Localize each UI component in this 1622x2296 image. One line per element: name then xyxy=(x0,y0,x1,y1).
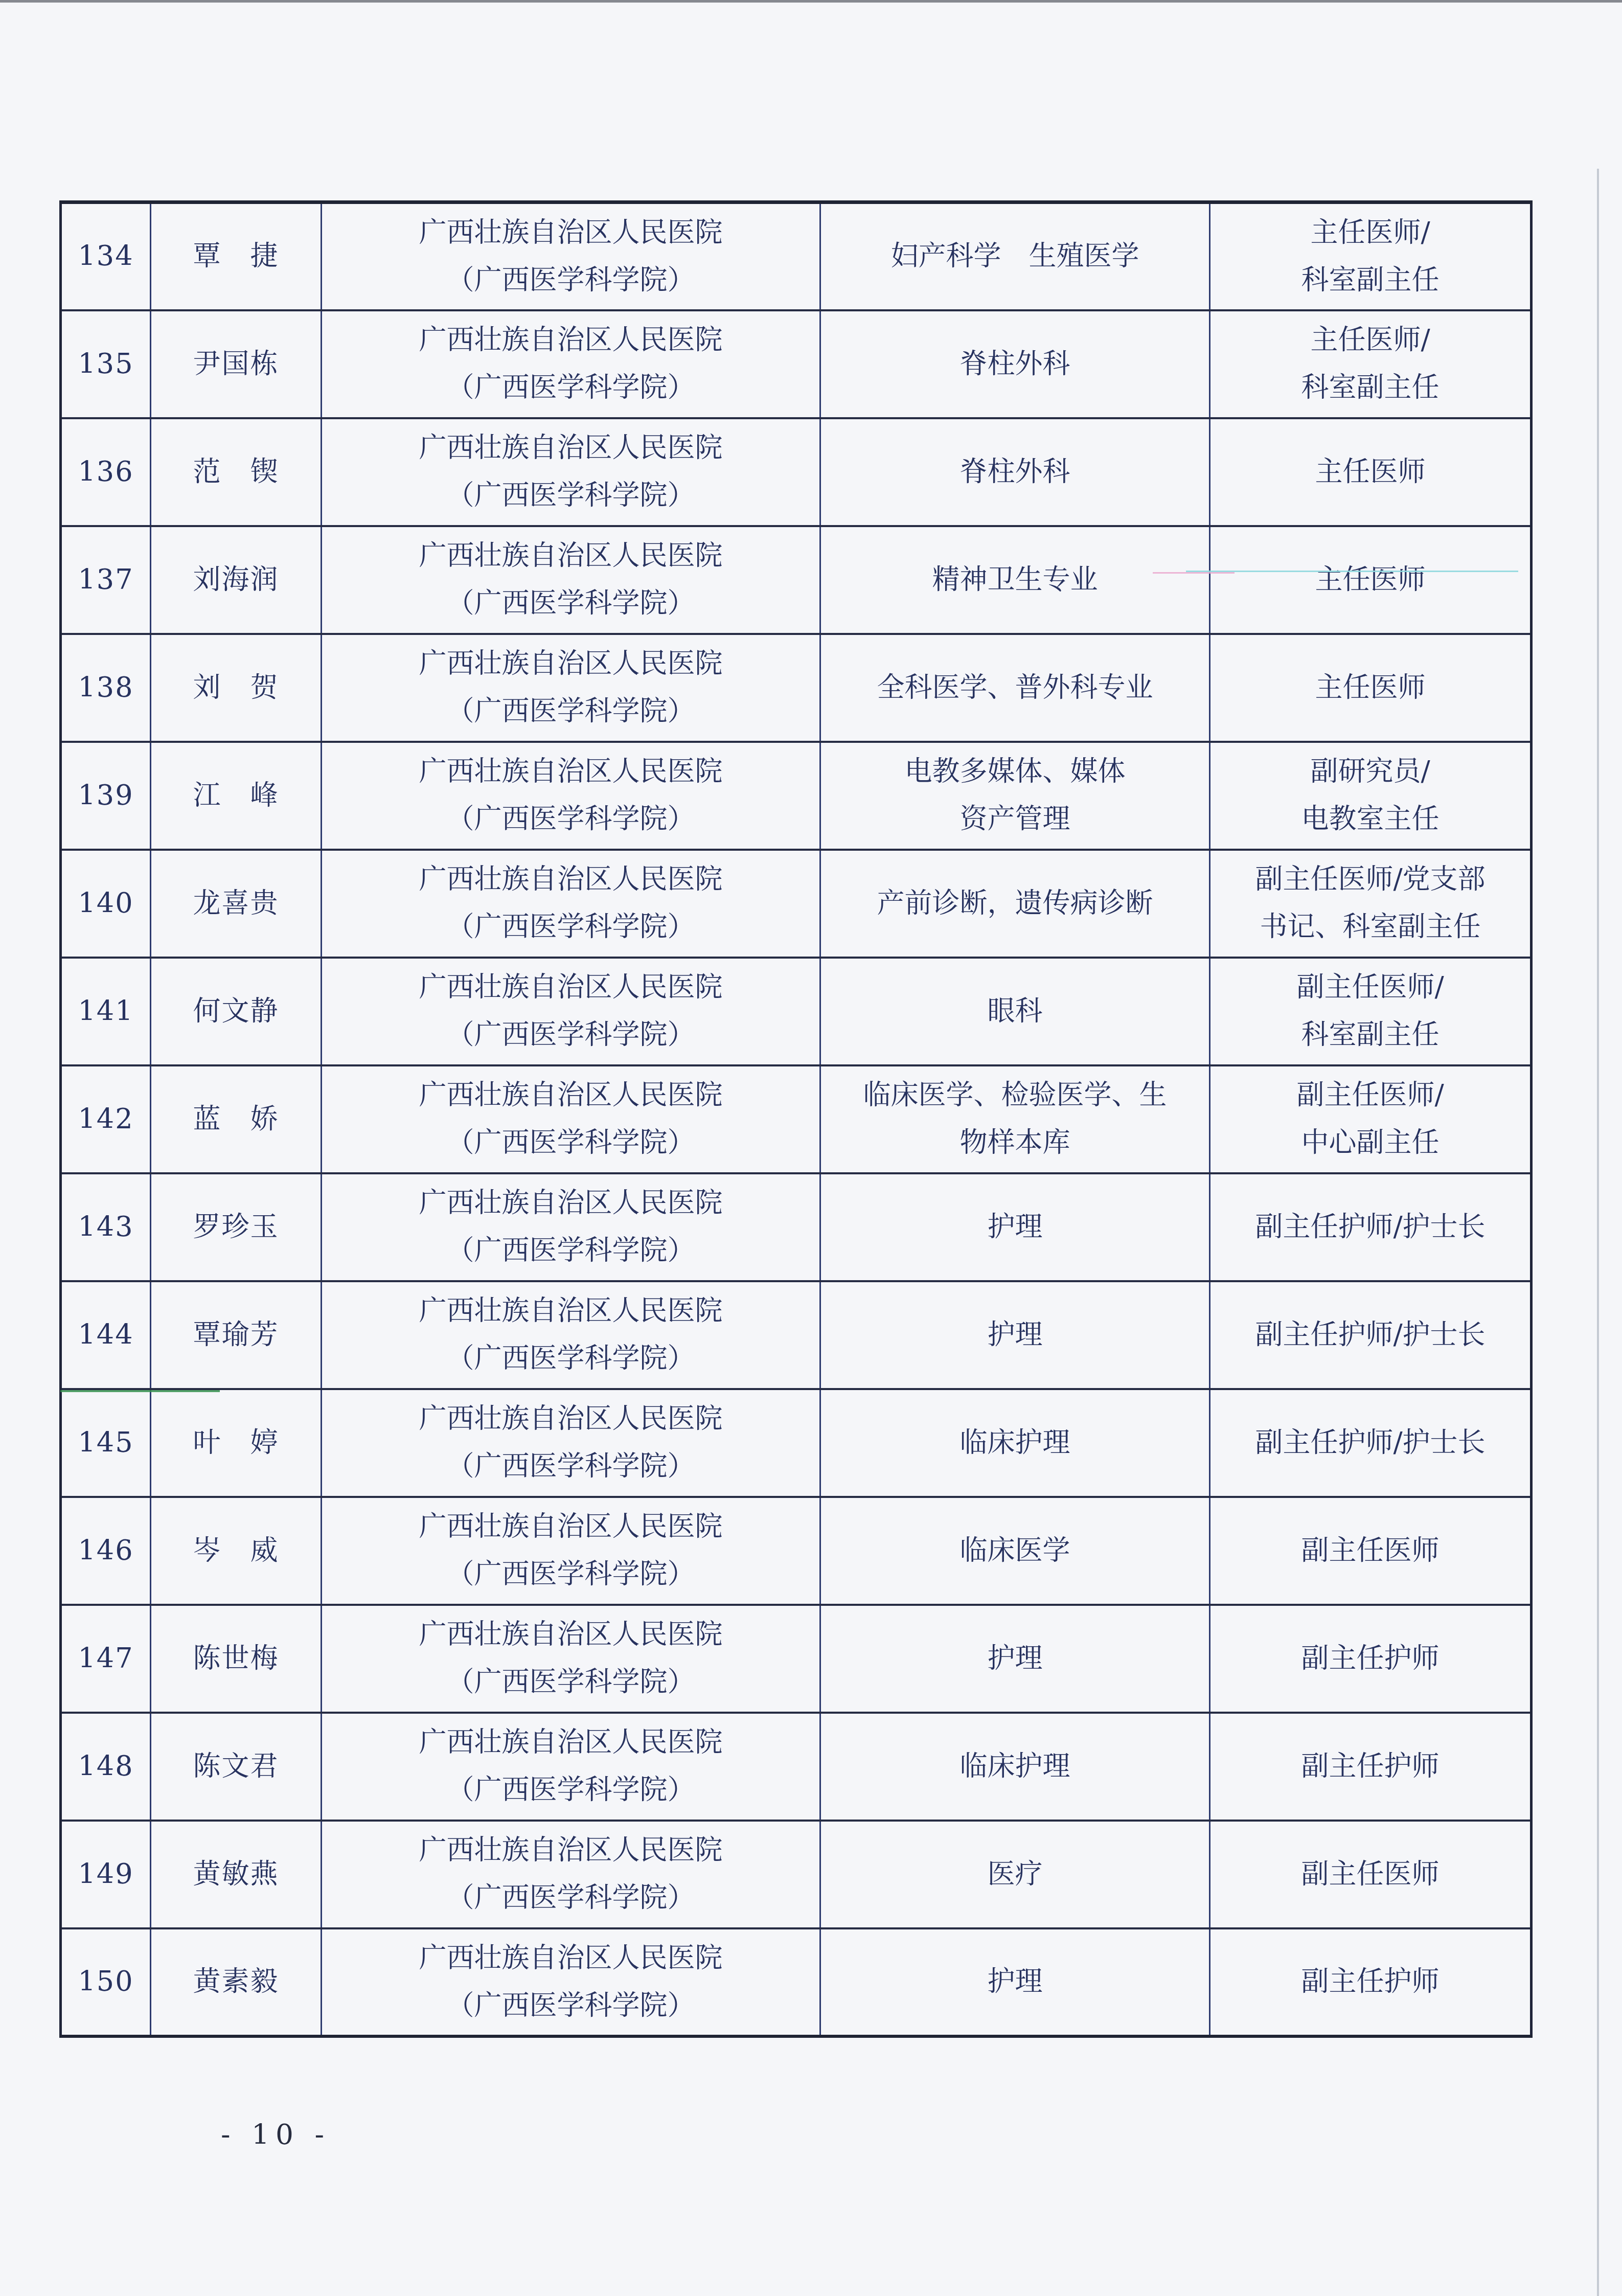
organization-cell: 广西壮族自治区人民医院 （广西医学科学院） xyxy=(322,1065,820,1173)
specialty-cell: 临床医学 xyxy=(820,1497,1210,1605)
specialty-cell: 脊柱外科 xyxy=(820,310,1210,418)
scan-artifact-pink-line xyxy=(1153,572,1235,574)
table-row: 148 陈文君 广西壮族自治区人民医院 （广西医学科学院） 临床护理 副主任护师 xyxy=(61,1713,1532,1821)
specialty-cell: 护理 xyxy=(820,1281,1210,1389)
title-cell: 主任医师 xyxy=(1210,526,1532,634)
name-cell: 陈文君 xyxy=(151,1713,322,1821)
title-cell: 副主任护师 xyxy=(1210,1928,1532,2036)
title-cell: 副主任医师/ 科室副主任 xyxy=(1210,958,1532,1065)
title-cell: 副主任护师/护士长 xyxy=(1210,1281,1532,1389)
name-cell: 罗珍玉 xyxy=(151,1173,322,1281)
name-cell: 叶 婷 xyxy=(151,1389,322,1497)
table-row: 144 覃瑜芳 广西壮族自治区人民医院 （广西医学科学院） 护理 副主任护师/护… xyxy=(61,1281,1532,1389)
specialty-cell: 临床护理 xyxy=(820,1713,1210,1821)
page-number: - 10 - xyxy=(221,2121,330,2149)
title-cell: 副主任医师 xyxy=(1210,1821,1532,1928)
table-row: 135 尹国栋 广西壮族自治区人民医院 （广西医学科学院） 脊柱外科 主任医师/… xyxy=(61,310,1532,418)
row-number-cell: 139 xyxy=(61,742,151,850)
table-row: 134 覃 捷 广西壮族自治区人民医院 （广西医学科学院） 妇产科学 生殖医学 … xyxy=(61,202,1532,310)
specialty-cell: 临床医学、检验医学、生 物样本库 xyxy=(820,1065,1210,1173)
title-cell: 副主任医师/党支部 书记、科室副主任 xyxy=(1210,850,1532,958)
title-cell: 副主任护师 xyxy=(1210,1605,1532,1713)
scan-edge-line-top xyxy=(0,0,1622,3)
table-row: 140 龙喜贵 广西壮族自治区人民医院 （广西医学科学院） 产前诊断，遗传病诊断… xyxy=(61,850,1532,958)
organization-cell: 广西壮族自治区人民医院 （广西医学科学院） xyxy=(322,742,820,850)
row-number-cell: 140 xyxy=(61,850,151,958)
row-number-cell: 146 xyxy=(61,1497,151,1605)
organization-cell: 广西壮族自治区人民医院 （广西医学科学院） xyxy=(322,634,820,742)
name-cell: 黄敏燕 xyxy=(151,1821,322,1928)
title-cell: 副主任护师/护士长 xyxy=(1210,1173,1532,1281)
row-number-cell: 141 xyxy=(61,958,151,1065)
organization-cell: 广西壮族自治区人民医院 （广西医学科学院） xyxy=(322,202,820,310)
scanned-page: 134 覃 捷 广西壮族自治区人民医院 （广西医学科学院） 妇产科学 生殖医学 … xyxy=(0,0,1622,2296)
name-cell: 尹国栋 xyxy=(151,310,322,418)
table-row: 145 叶 婷 广西壮族自治区人民医院 （广西医学科学院） 临床护理 副主任护师… xyxy=(61,1389,1532,1497)
table-row: 139 江 峰 广西壮族自治区人民医院 （广西医学科学院） 电教多媒体、媒体 资… xyxy=(61,742,1532,850)
name-cell: 覃 捷 xyxy=(151,202,322,310)
row-number-cell: 143 xyxy=(61,1173,151,1281)
row-number-cell: 149 xyxy=(61,1821,151,1928)
name-cell: 岑 威 xyxy=(151,1497,322,1605)
organization-cell: 广西壮族自治区人民医院 （广西医学科学院） xyxy=(322,1605,820,1713)
row-number-cell: 145 xyxy=(61,1389,151,1497)
row-number-cell: 136 xyxy=(61,418,151,526)
table-row: 137 刘海润 广西壮族自治区人民医院 （广西医学科学院） 精神卫生专业 主任医… xyxy=(61,526,1532,634)
scan-artifact-green-line xyxy=(60,1390,220,1392)
table-row: 143 罗珍玉 广西壮族自治区人民医院 （广西医学科学院） 护理 副主任护师/护… xyxy=(61,1173,1532,1281)
specialty-cell: 脊柱外科 xyxy=(820,418,1210,526)
organization-cell: 广西壮族自治区人民医院 （广西医学科学院） xyxy=(322,1928,820,2036)
scan-artifact-cyan-line xyxy=(1186,571,1518,572)
table-row: 141 何文静 广西壮族自治区人民医院 （广西医学科学院） 眼科 副主任医师/ … xyxy=(61,958,1532,1065)
name-cell: 黄素毅 xyxy=(151,1928,322,2036)
row-number-cell: 144 xyxy=(61,1281,151,1389)
title-cell: 副研究员/ 电教室主任 xyxy=(1210,742,1532,850)
table-row: 150 黄素毅 广西壮族自治区人民医院 （广西医学科学院） 护理 副主任护师 xyxy=(61,1928,1532,2036)
name-cell: 蓝 娇 xyxy=(151,1065,322,1173)
organization-cell: 广西壮族自治区人民医院 （广西医学科学院） xyxy=(322,1281,820,1389)
organization-cell: 广西壮族自治区人民医院 （广西医学科学院） xyxy=(322,526,820,634)
organization-cell: 广西壮族自治区人民医院 （广西医学科学院） xyxy=(322,958,820,1065)
scan-edge-line-right xyxy=(1597,169,1599,2296)
title-cell: 副主任医师/ 中心副主任 xyxy=(1210,1065,1532,1173)
organization-cell: 广西壮族自治区人民医院 （广西医学科学院） xyxy=(322,418,820,526)
table-row: 138 刘 贺 广西壮族自治区人民医院 （广西医学科学院） 全科医学、普外科专业… xyxy=(61,634,1532,742)
table-row: 149 黄敏燕 广西壮族自治区人民医院 （广西医学科学院） 医疗 副主任医师 xyxy=(61,1821,1532,1928)
organization-cell: 广西壮族自治区人民医院 （广西医学科学院） xyxy=(322,1713,820,1821)
specialty-cell: 医疗 xyxy=(820,1821,1210,1928)
name-cell: 江 峰 xyxy=(151,742,322,850)
organization-cell: 广西壮族自治区人民医院 （广西医学科学院） xyxy=(322,1821,820,1928)
row-number-cell: 135 xyxy=(61,310,151,418)
row-number-cell: 137 xyxy=(61,526,151,634)
row-number-cell: 148 xyxy=(61,1713,151,1821)
specialty-cell: 眼科 xyxy=(820,958,1210,1065)
specialty-cell: 妇产科学 生殖医学 xyxy=(820,202,1210,310)
title-cell: 主任医师/ 科室副主任 xyxy=(1210,202,1532,310)
title-cell: 副主任医师 xyxy=(1210,1497,1532,1605)
row-number-cell: 142 xyxy=(61,1065,151,1173)
title-cell: 副主任护师/护士长 xyxy=(1210,1389,1532,1497)
personnel-table: 134 覃 捷 广西壮族自治区人民医院 （广西医学科学院） 妇产科学 生殖医学 … xyxy=(59,200,1533,2038)
title-cell: 主任医师/ 科室副主任 xyxy=(1210,310,1532,418)
specialty-cell: 电教多媒体、媒体 资产管理 xyxy=(820,742,1210,850)
organization-cell: 广西壮族自治区人民医院 （广西医学科学院） xyxy=(322,1173,820,1281)
organization-cell: 广西壮族自治区人民医院 （广西医学科学院） xyxy=(322,1497,820,1605)
name-cell: 刘 贺 xyxy=(151,634,322,742)
organization-cell: 广西壮族自治区人民医院 （广西医学科学院） xyxy=(322,310,820,418)
name-cell: 范 锲 xyxy=(151,418,322,526)
name-cell: 何文静 xyxy=(151,958,322,1065)
specialty-cell: 精神卫生专业 xyxy=(820,526,1210,634)
table-row: 136 范 锲 广西壮族自治区人民医院 （广西医学科学院） 脊柱外科 主任医师 xyxy=(61,418,1532,526)
row-number-cell: 134 xyxy=(61,202,151,310)
name-cell: 刘海润 xyxy=(151,526,322,634)
specialty-cell: 临床护理 xyxy=(820,1389,1210,1497)
row-number-cell: 138 xyxy=(61,634,151,742)
organization-cell: 广西壮族自治区人民医院 （广西医学科学院） xyxy=(322,1389,820,1497)
specialty-cell: 护理 xyxy=(820,1173,1210,1281)
specialty-cell: 产前诊断，遗传病诊断 xyxy=(820,850,1210,958)
specialty-cell: 全科医学、普外科专业 xyxy=(820,634,1210,742)
name-cell: 覃瑜芳 xyxy=(151,1281,322,1389)
specialty-cell: 护理 xyxy=(820,1928,1210,2036)
organization-cell: 广西壮族自治区人民医院 （广西医学科学院） xyxy=(322,850,820,958)
name-cell: 龙喜贵 xyxy=(151,850,322,958)
table-row: 142 蓝 娇 广西壮族自治区人民医院 （广西医学科学院） 临床医学、检验医学、… xyxy=(61,1065,1532,1173)
specialty-cell: 护理 xyxy=(820,1605,1210,1713)
table-row: 146 岑 威 广西壮族自治区人民医院 （广西医学科学院） 临床医学 副主任医师 xyxy=(61,1497,1532,1605)
name-cell: 陈世梅 xyxy=(151,1605,322,1713)
title-cell: 副主任护师 xyxy=(1210,1713,1532,1821)
title-cell: 主任医师 xyxy=(1210,418,1532,526)
row-number-cell: 147 xyxy=(61,1605,151,1713)
row-number-cell: 150 xyxy=(61,1928,151,2036)
title-cell: 主任医师 xyxy=(1210,634,1532,742)
table-row: 147 陈世梅 广西壮族自治区人民医院 （广西医学科学院） 护理 副主任护师 xyxy=(61,1605,1532,1713)
